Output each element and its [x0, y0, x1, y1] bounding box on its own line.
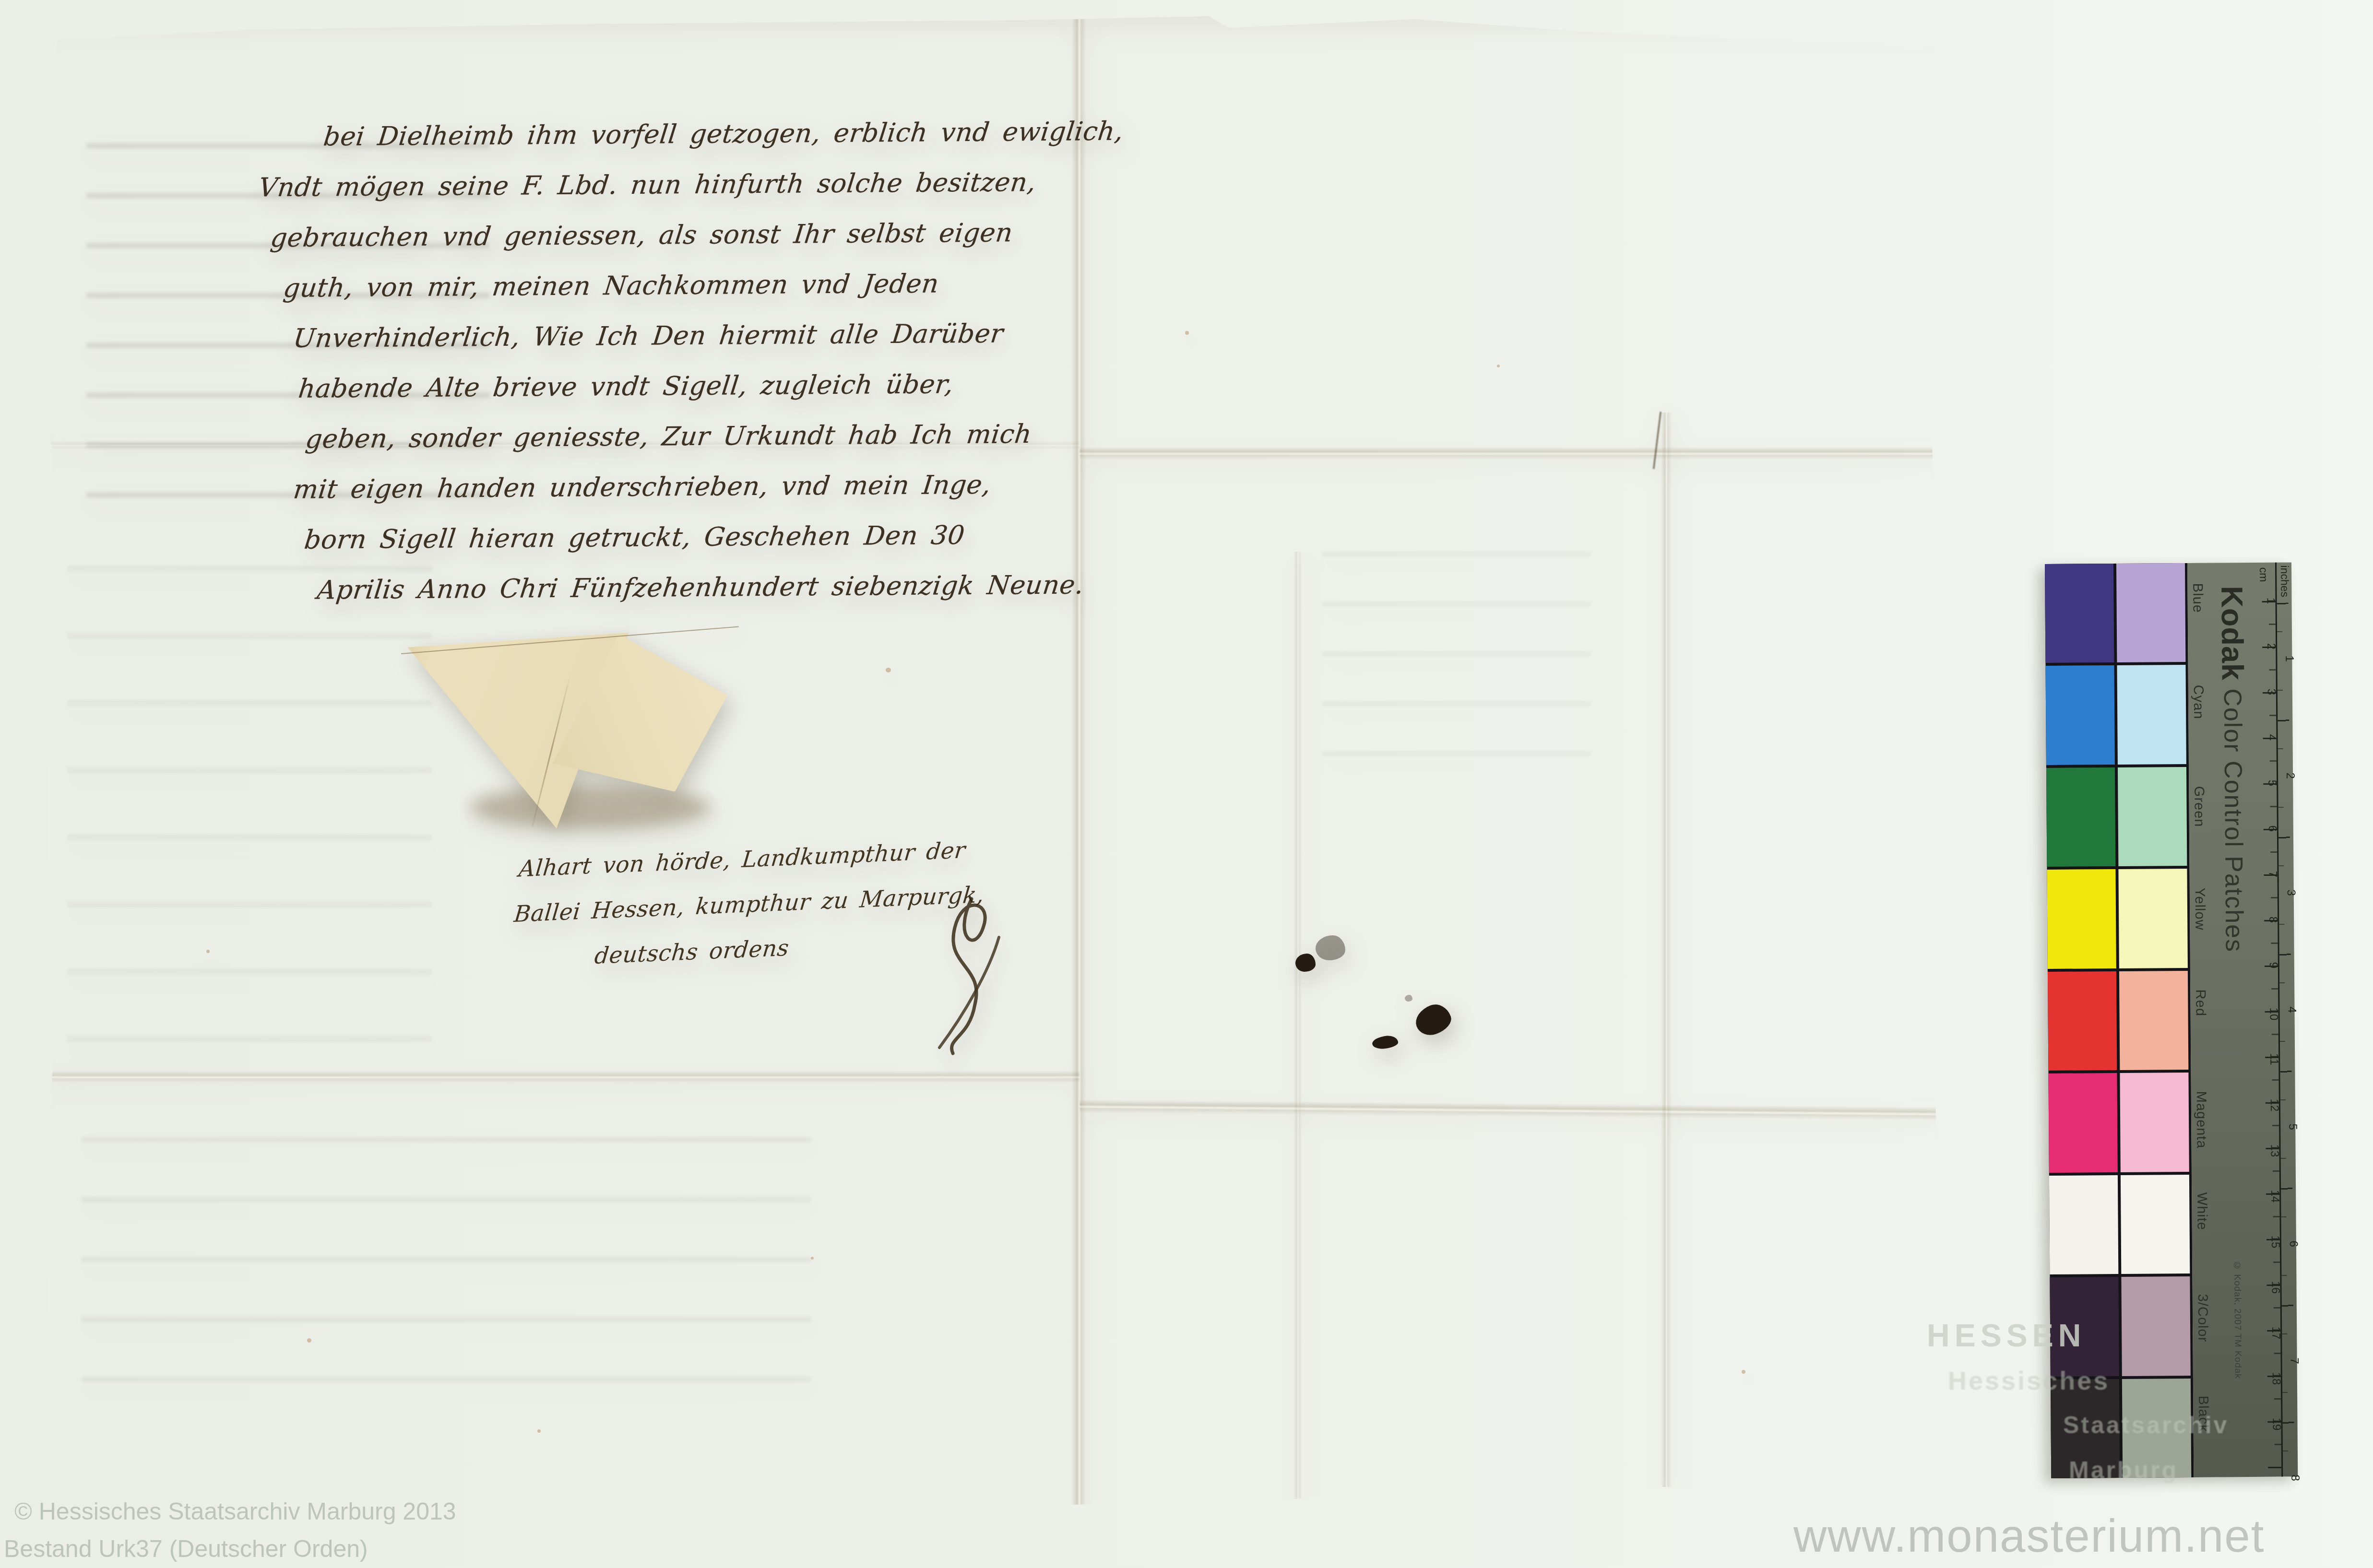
ruler-number-cm: 9	[2266, 962, 2280, 969]
fold-line-horizontal	[43, 1071, 1080, 1083]
stain	[307, 1338, 311, 1343]
ruler-number-cm: 19	[2269, 1418, 2283, 1431]
color-swatch-main	[2048, 1073, 2117, 1172]
ruler-number-cm: 8	[2266, 917, 2279, 923]
manuscript-line: Vndt mögen seine F. Lbd. nun hinfurth so…	[256, 157, 1047, 213]
stain	[811, 1257, 814, 1260]
ruler-number-inch: 8	[2288, 1474, 2302, 1481]
patch-label: Green	[2191, 786, 2207, 827]
archive-copyright-line1: © Hessisches Staatsarchiv Marburg 2013	[14, 1497, 456, 1525]
color-patch-row	[2048, 1073, 2189, 1172]
manuscript-text-block: bei Dielheimb ihm vorfell getzogen, erbl…	[200, 106, 1047, 616]
fold-line-horizontal	[1080, 447, 1938, 460]
patch-label: Black	[2195, 1395, 2211, 1432]
ink-blot	[1316, 935, 1345, 960]
fold-line-vertical	[1661, 413, 1672, 1487]
color-swatch-tint	[2121, 1175, 2190, 1274]
ruler-number-cm: 13	[2267, 1144, 2281, 1157]
color-patch-row	[2045, 665, 2186, 765]
color-swatch-main	[2045, 564, 2114, 663]
color-swatch-tint	[2119, 971, 2188, 1070]
color-patch-row	[2048, 971, 2188, 1071]
color-patch-row	[2049, 1175, 2190, 1274]
kodak-wordmark: Kodak	[2215, 586, 2249, 681]
patch-label: Blue	[2189, 583, 2205, 613]
color-swatch-main	[2051, 1379, 2120, 1478]
paper-tear	[1653, 412, 1662, 469]
manuscript-line: Unverhinderlich, Wie Ich Den hiermit all…	[291, 308, 1049, 364]
ruler-number-cm: 2	[2264, 643, 2278, 650]
ink-blot	[1412, 1000, 1455, 1039]
ruler-number-cm: 5	[2265, 780, 2278, 787]
signature-flourish	[926, 893, 1022, 1066]
ruler: cm inches 12345678910111213141516171819 …	[2257, 562, 2298, 1476]
ink-blot	[1372, 1035, 1399, 1050]
monasterium-watermark: www.monasterium.net	[1793, 1510, 2265, 1563]
color-patch-row	[2050, 1276, 2190, 1376]
ruler-number-inch: 3	[2284, 889, 2298, 896]
ruler-unit-inches: inches	[2278, 565, 2291, 597]
patch-label: 3/Color	[2195, 1294, 2211, 1343]
color-swatch-main	[2047, 869, 2116, 968]
kodak-copyright: © Kodak, 2007 TM Kodak	[2231, 1261, 2243, 1379]
ruler-number-inch: 5	[2286, 1123, 2299, 1130]
manuscript-line: bei Dielheimb ihm vorfell getzogen, erbl…	[321, 106, 1047, 162]
strip-gray-bar: Kodak Color Control Patches BlueCyanGree…	[2187, 562, 2298, 1477]
manuscript-line: Aprilis Anno Chri Fünfzehenhundert siebe…	[314, 560, 1050, 615]
color-patch-row	[2046, 767, 2187, 867]
stain	[886, 668, 891, 672]
ruler-number-inch: 2	[2283, 772, 2297, 779]
manuscript-line: guth, von mir, meinen Nachkommen vnd Jed…	[281, 258, 1048, 313]
archive-copyright-line2: Bestand Urk37 (Deutscher Orden)	[4, 1535, 368, 1563]
patch-label: White	[2194, 1192, 2210, 1230]
manuscript-line: born Sigell hieran getruckt, Geschehen D…	[302, 509, 1050, 565]
patch-label: Cyan	[2190, 684, 2207, 719]
stain	[1497, 365, 1500, 367]
color-swatch-main	[2050, 1277, 2119, 1376]
ruler-number-cm: 6	[2266, 825, 2279, 832]
color-swatch-tint	[2117, 665, 2186, 764]
fold-line-horizontal	[1080, 1099, 1938, 1120]
manuscript-line: geben, sonder geniesste, Zur Urkundt hab…	[303, 409, 1049, 464]
ruler-number-inch: 7	[2288, 1357, 2301, 1364]
ruler-number-cm: 1	[2264, 598, 2277, 604]
stain	[1185, 331, 1189, 335]
ruler-unit-cm: cm	[2257, 567, 2270, 582]
color-swatch-main	[2046, 767, 2115, 867]
ink-blot	[1295, 954, 1316, 972]
ruler-number-inch: 6	[2287, 1240, 2300, 1247]
color-patch-row	[2047, 869, 2187, 968]
color-swatch-main	[2048, 971, 2117, 1071]
ruler-inch-numbers: 12345678	[2257, 562, 2291, 563]
color-swatch-tint	[2116, 563, 2185, 662]
ruler-number-cm: 4	[2265, 734, 2278, 741]
ruler-number-cm: 17	[2269, 1327, 2282, 1340]
kodak-color-strip: Kodak Color Control Patches BlueCyanGree…	[2045, 562, 2298, 1478]
ink-blot	[1405, 995, 1412, 1002]
ruler-number-cm: 15	[2268, 1236, 2282, 1249]
bleedthrough-text	[1322, 523, 1591, 772]
manuscript-line: habende Alte brieve vndt Sigell, zugleic…	[296, 358, 1049, 414]
color-swatch-tint	[2118, 767, 2187, 866]
ruler-number-cm: 3	[2265, 689, 2278, 696]
ruler-number-inch: 4	[2285, 1006, 2298, 1013]
bleedthrough-text	[82, 1103, 811, 1415]
color-swatch-tint	[2120, 1073, 2189, 1172]
seal-shadow	[470, 786, 710, 829]
color-patch-row	[2045, 563, 2185, 663]
stain	[206, 950, 210, 953]
stain	[537, 1429, 541, 1433]
color-swatch-tint	[2122, 1378, 2191, 1477]
stain	[1742, 1370, 1745, 1374]
kodak-brand-text: Kodak Color Control Patches	[2214, 586, 2251, 953]
ruler-number-inch: 1	[2282, 655, 2296, 662]
ruler-number-cm: 16	[2268, 1281, 2282, 1294]
ruler-number-cm: 12	[2267, 1099, 2281, 1112]
ruler-number-cm: 7	[2266, 871, 2279, 878]
manuscript-line: gebrauchen vnd geniessen, als sonst Ihr …	[268, 207, 1048, 263]
color-patch-row	[2051, 1378, 2191, 1478]
color-swatch-main	[2049, 1175, 2118, 1274]
ruler-number-cm: 18	[2269, 1372, 2283, 1385]
fold-line-vertical-center	[1072, 19, 1086, 1511]
color-swatch-tint	[2118, 869, 2187, 968]
color-swatch-main	[2045, 665, 2114, 765]
signature-block: Alhart von hörde, Landkumpthur der Balle…	[518, 827, 987, 982]
color-swatch-tint	[2121, 1276, 2190, 1376]
strip-title: Color Control Patches	[2219, 688, 2248, 953]
paper-seal-fold	[398, 613, 748, 848]
patch-label: Magenta	[2193, 1091, 2209, 1148]
ruler-number-cm: 14	[2268, 1190, 2281, 1203]
ruler-cm-numbers: 12345678910111213141516171819	[2257, 562, 2291, 563]
patch-label: Red	[2192, 989, 2208, 1016]
ruler-number-cm: 10	[2266, 1008, 2280, 1021]
fold-line-vertical	[1293, 552, 1302, 1516]
manuscript-line: mit eigen handen underschrieben, vnd mei…	[291, 459, 1050, 515]
manuscript-sheet: bei Dielheimb ihm vorfell getzogen, erbl…	[0, 0, 2373, 1568]
patch-label: Yellow	[2192, 888, 2208, 931]
scan-page: bei Dielheimb ihm vorfell getzogen, erbl…	[0, 0, 2373, 1568]
ruler-number-cm: 11	[2267, 1053, 2280, 1065]
color-patch-grid	[2045, 563, 2194, 1478]
